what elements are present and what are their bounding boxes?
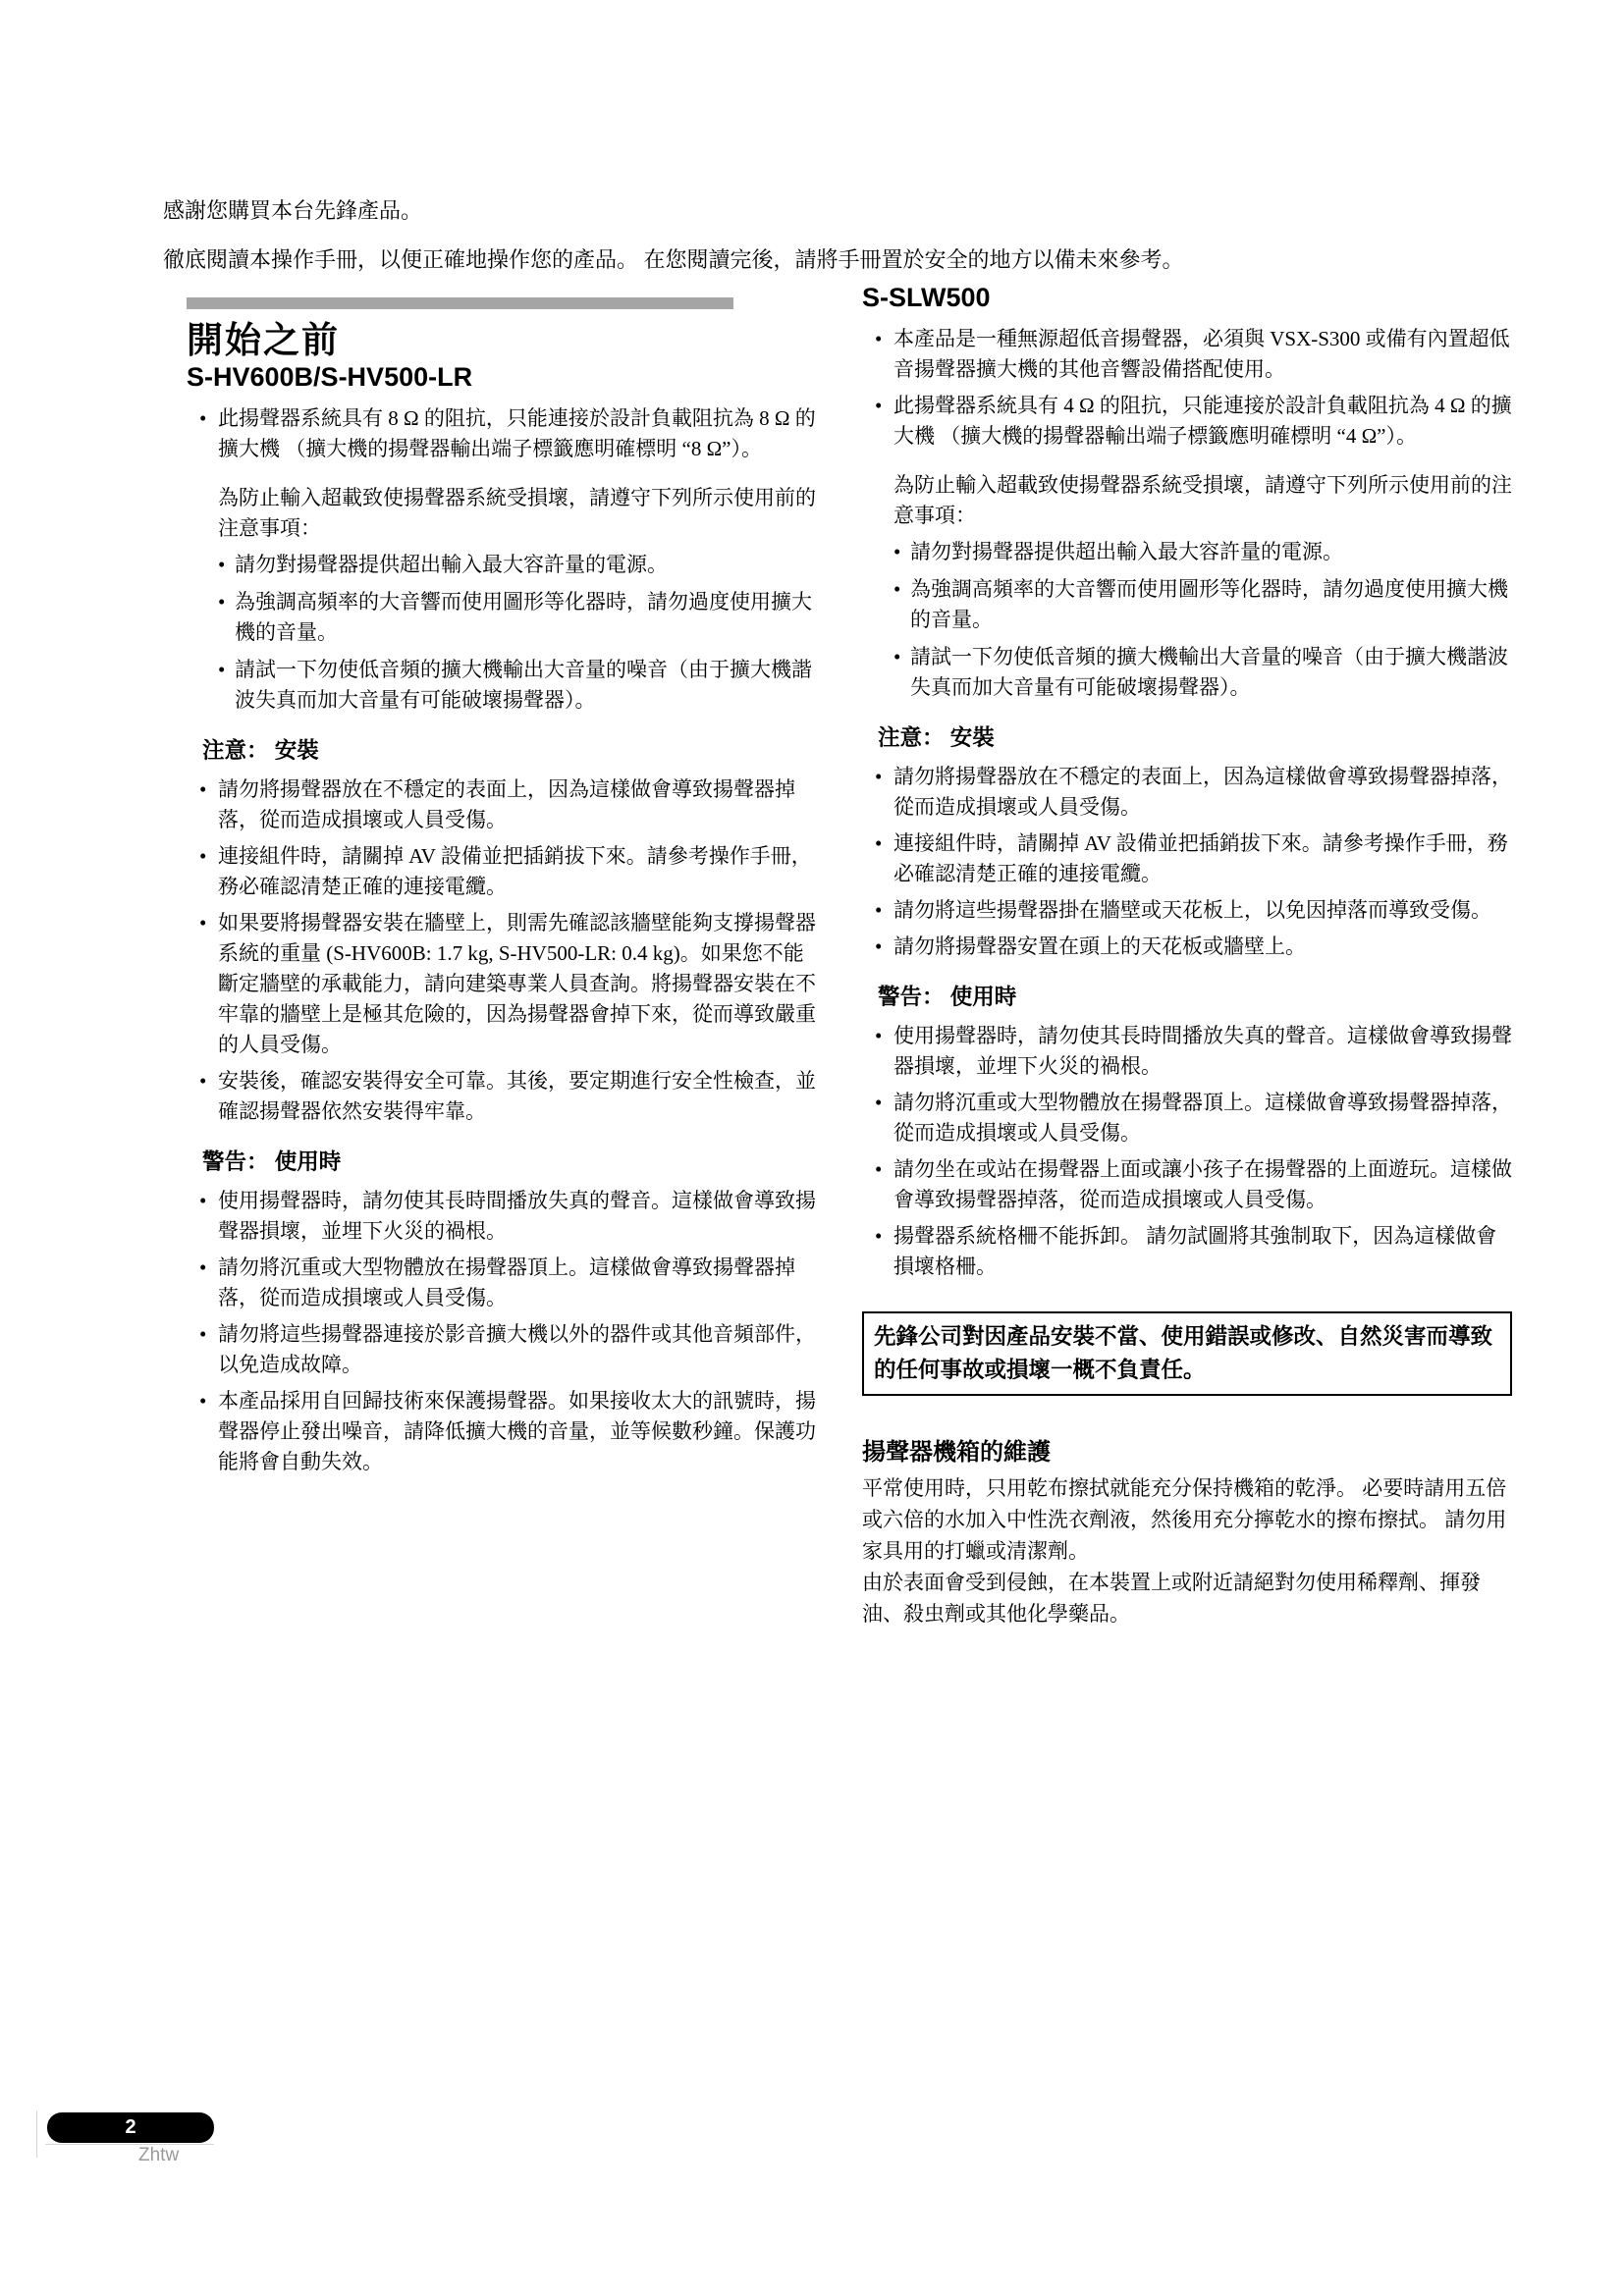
- model-heading: S-SLW500: [862, 283, 1512, 312]
- bullet-marker: •: [199, 908, 206, 938]
- bullet-text: 請勿對揚聲器提供超出輸入最大容許量的電源。: [910, 540, 1343, 563]
- disclaimer-box: 先鋒公司對因產品安裝不當、使用錯誤或修改、自然災害而導致的任何事故或損壞一概不負…: [862, 1311, 1512, 1396]
- bullet-text: 請勿將揚聲器放在不穩定的表面上，因為這樣做會導致揚聲器掉落，從而造成損壞或人員受…: [218, 777, 795, 831]
- bullet-text: 請勿將這些揚聲器連接於影音擴大機以外的器件或其他音頻部件，以免造成故障。: [218, 1322, 816, 1376]
- sub-bullet-item: •請勿對揚聲器提供超出輸入最大容許量的電源。: [893, 537, 1512, 567]
- bullet-list: •請勿將揚聲器放在不穩定的表面上，因為這樣做會導致揚聲器掉落，從而造成損壞或人員…: [187, 774, 820, 1127]
- bullet-text: 請勿對揚聲器提供超出輸入最大容許量的電源。: [235, 553, 668, 576]
- bullet-marker: •: [875, 828, 882, 859]
- bullet-text: 為強調高頻率的大音響而使用圖形等化器時，請勿過度使用擴大機的音量。: [910, 577, 1508, 631]
- bullet-marker: •: [893, 574, 900, 605]
- section-heading: 警告： 使用時: [202, 1150, 820, 1174]
- sub-bullet-item: •請試一下勿使低音頻的擴大機輸出大音量的噪音（由于擴大機諧波失真而加大音量有可能…: [893, 642, 1512, 703]
- sub-bullet-item: •請勿對揚聲器提供超出輸入最大容許量的電源。: [218, 550, 820, 580]
- bullet-item: •請勿將這些揚聲器掛在牆壁或天花板上，以免因掉落而導致受傷。: [862, 895, 1512, 926]
- intro-line: 感謝您購買本台先鋒產品。: [163, 187, 1538, 236]
- bullet-marker: •: [875, 391, 882, 421]
- bullet-text: 請試一下勿使低音頻的擴大機輸出大音量的噪音（由于擴大機諧波失真而加大音量有可能破…: [235, 658, 812, 712]
- bullet-marker: •: [199, 1253, 206, 1283]
- bullet-item: •此揚聲器系統具有 8 Ω 的阻抗，只能連接於設計負載阻抗為 8 Ω 的擴大機 …: [187, 403, 820, 464]
- bullet-list: •此揚聲器系統具有 8 Ω 的阻抗，只能連接於設計負載阻抗為 8 Ω 的擴大機 …: [187, 403, 820, 464]
- bullet-marker: •: [199, 1186, 206, 1216]
- bullet-marker: •: [893, 537, 900, 567]
- bullet-text: 請勿將揚聲器放在不穩定的表面上，因為這樣做會導致揚聲器掉落，從而造成損壞或人員受…: [893, 765, 1512, 819]
- bullet-item: •本產品採用自回歸技術來保護揚聲器。如果接收太大的訊號時，揚聲器停止發出噪音，請…: [187, 1386, 820, 1477]
- bullet-text: 請勿將沉重或大型物體放在揚聲器頂上。這樣做會導致揚聲器掉落，從而造成損壞或人員受…: [218, 1255, 795, 1309]
- paragraph: 平常使用時，只用乾布擦拭就能充分保持機箱的乾淨。 必要時請用五倍或六倍的水加入中…: [862, 1472, 1512, 1567]
- bullet-marker: •: [875, 1154, 882, 1185]
- bullet-marker: •: [875, 932, 882, 962]
- section-heading: 注意： 安裝: [202, 739, 820, 763]
- bullet-marker: •: [199, 1386, 206, 1416]
- bullet-marker: •: [199, 403, 206, 434]
- left-column-blocks: S-HV600B/S-HV500-LR•此揚聲器系統具有 8 Ω 的阻抗，只能連…: [187, 362, 820, 1477]
- bullet-marker: •: [218, 655, 225, 685]
- bullet-text: 請勿將揚聲器安置在頭上的天花板或牆壁上。: [893, 934, 1306, 958]
- bullet-item: •請勿將沉重或大型物體放在揚聲器頂上。這樣做會導致揚聲器掉落，從而造成損壞或人員…: [187, 1253, 820, 1313]
- bullet-text: 本產品採用自回歸技術來保護揚聲器。如果接收太大的訊號時，揚聲器停止發出噪音，請降…: [218, 1389, 816, 1473]
- page-title: 開始之前: [187, 319, 820, 362]
- intro-line: 徹底閱讀本操作手冊，以便正確地操作您的產品。 在您閱讀完後，請將手冊置於安全的地…: [163, 236, 1538, 285]
- bullet-text: 請勿將沉重或大型物體放在揚聲器頂上。這樣做會導致揚聲器掉落，從而造成損壞或人員受…: [893, 1091, 1512, 1145]
- bullet-list: •使用揚聲器時，請勿使其長時間播放失真的聲音。這樣做會導致揚聲器損壞，並埋下火災…: [862, 1021, 1512, 1282]
- section-heading: 注意： 安裝: [878, 726, 1512, 750]
- footer-divider-line: [45, 2144, 214, 2145]
- bullet-marker: •: [875, 895, 882, 926]
- bullet-text: 為強調高頻率的大音響而使用圖形等化器時，請勿過度使用擴大機的音量。: [235, 590, 812, 644]
- bullet-item: •請勿將沉重或大型物體放在揚聲器頂上。這樣做會導致揚聲器掉落，從而造成損壞或人員…: [862, 1088, 1512, 1148]
- bullet-marker: •: [875, 324, 882, 354]
- bullet-text: 連接組件時，請關掉 AV 設備並把插銷拔下來。請參考操作手冊，務必確認清楚正確的…: [893, 831, 1508, 885]
- bullet-text: 本產品是一種無源超低音揚聲器，必須與 VSX-S300 或備有內置超低音揚聲器擴…: [893, 327, 1510, 381]
- bullet-text: 此揚聲器系統具有 8 Ω 的阻抗，只能連接於設計負載阻抗為 8 Ω 的擴大機 （…: [218, 406, 816, 460]
- bullet-item: •連接組件時，請關掉 AV 設備並把插銷拔下來。請參考操作手冊，務必確認清楚正確…: [862, 828, 1512, 889]
- sub-bullet-list: •請勿對揚聲器提供超出輸入最大容許量的電源。•為強調高頻率的大音響而使用圖形等化…: [893, 537, 1512, 703]
- bullet-marker: •: [199, 774, 206, 805]
- bullet-item: •請勿將揚聲器安置在頭上的天花板或牆壁上。: [862, 932, 1512, 962]
- bullet-list: •請勿將揚聲器放在不穩定的表面上，因為這樣做會導致揚聲器掉落，從而造成損壞或人員…: [862, 762, 1512, 962]
- bullet-text: 此揚聲器系統具有 4 Ω 的阻抗，只能連接於設計負載阻抗為 4 Ω 的擴大機 （…: [893, 394, 1512, 448]
- bullet-marker: •: [893, 642, 900, 672]
- bullet-text: 如果要將揚聲器安裝在牆壁上，則需先確認該牆壁能夠支撐揚聲器系統的重量 (S-HV…: [218, 911, 816, 1056]
- sub-bullet-item: •為強調高頻率的大音響而使用圖形等化器時，請勿過度使用擴大機的音量。: [218, 587, 820, 648]
- bullet-text: 請勿將這些揚聲器掛在牆壁或天花板上，以免因掉落而導致受傷。: [893, 898, 1491, 922]
- bullet-item: •如果要將揚聲器安裝在牆壁上，則需先確認該牆壁能夠支撐揚聲器系統的重量 (S-H…: [187, 908, 820, 1060]
- language-label: Zhtw: [138, 2145, 179, 2166]
- indent-paragraph: 為防止輸入超載致使揚聲器系統受損壞，請遵守下列所示使用前的注意事項：: [893, 470, 1512, 531]
- bullet-item: •此揚聲器系統具有 4 Ω 的阻抗，只能連接於設計負載阻抗為 4 Ω 的擴大機 …: [862, 391, 1512, 452]
- section-heading: 警告： 使用時: [878, 986, 1512, 1009]
- bullet-marker: •: [199, 841, 206, 872]
- sub-bullet-item: •請試一下勿使低音頻的擴大機輸出大音量的噪音（由于擴大機諧波失真而加大音量有可能…: [218, 655, 820, 716]
- right-column: S-SLW500•本產品是一種無源超低音揚聲器，必須與 VSX-S300 或備有…: [862, 283, 1512, 1629]
- bullet-marker: •: [218, 550, 225, 580]
- intro-text: 感謝您購買本台先鋒產品。 徹底閱讀本操作手冊，以便正確地操作您的產品。 在您閱讀…: [163, 187, 1538, 285]
- left-column: 開始之前 S-HV600B/S-HV500-LR•此揚聲器系統具有 8 Ω 的阻…: [187, 297, 820, 1483]
- bullet-marker: •: [875, 1088, 882, 1118]
- bullet-item: •請勿將這些揚聲器連接於影音擴大機以外的器件或其他音頻部件，以免造成故障。: [187, 1319, 820, 1380]
- model-heading: S-HV600B/S-HV500-LR: [187, 362, 820, 392]
- bullet-item: •安裝後，確認安裝得安全可靠。其後，要定期進行安全性檢查，並確認揚聲器依然安裝得…: [187, 1066, 820, 1127]
- bullet-text: 請勿坐在或站在揚聲器上面或讓小孩子在揚聲器的上面遊玩。這樣做會導致揚聲器掉落，從…: [893, 1157, 1512, 1211]
- bullet-item: •請勿將揚聲器放在不穩定的表面上，因為這樣做會導致揚聲器掉落，從而造成損壞或人員…: [862, 762, 1512, 823]
- maintenance-heading: 揚聲器機箱的維護: [862, 1439, 1512, 1467]
- bullet-marker: •: [875, 762, 882, 792]
- bullet-text: 使用揚聲器時，請勿使其長時間播放失真的聲音。這樣做會導致揚聲器損壞，並埋下火災的…: [893, 1024, 1512, 1078]
- bullet-text: 連接組件時，請關掉 AV 設備並把插銷拔下來。請參考操作手冊，務必確認清楚正確的…: [218, 844, 812, 898]
- bullet-item: •使用揚聲器時，請勿使其長時間播放失真的聲音。這樣做會導致揚聲器損壞，並埋下火災…: [187, 1186, 820, 1247]
- bullet-item: •請勿坐在或站在揚聲器上面或讓小孩子在揚聲器的上面遊玩。這樣做會導致揚聲器掉落，…: [862, 1154, 1512, 1215]
- bullet-marker: •: [199, 1066, 206, 1096]
- bullet-marker: •: [199, 1319, 206, 1350]
- page-number-badge: 2: [47, 2112, 214, 2143]
- indent-paragraph: 為防止輸入超載致使揚聲器系統受損壞，請遵守下列所示使用前的注意事項：: [218, 483, 820, 544]
- bullet-item: •本產品是一種無源超低音揚聲器，必須與 VSX-S300 或備有內置超低音揚聲器…: [862, 324, 1512, 385]
- bullet-item: •請勿將揚聲器放在不穩定的表面上，因為這樣做會導致揚聲器掉落，從而造成損壞或人員…: [187, 774, 820, 835]
- bullet-marker: •: [218, 587, 225, 617]
- bullet-list: •使用揚聲器時，請勿使其長時間播放失真的聲音。這樣做會導致揚聲器損壞，並埋下火災…: [187, 1186, 820, 1477]
- bullet-item: •揚聲器系統格柵不能拆卸。 請勿試圖將其強制取下，因為這樣做會損壞格柵。: [862, 1221, 1512, 1282]
- bullet-text: 揚聲器系統格柵不能拆卸。 請勿試圖將其強制取下，因為這樣做會損壞格柵。: [893, 1224, 1496, 1278]
- bullet-item: •連接組件時，請關掉 AV 設備並把插銷拔下來。請參考操作手冊，務必確認清楚正確…: [187, 841, 820, 902]
- bullet-marker: •: [875, 1021, 882, 1051]
- bullet-marker: •: [875, 1221, 882, 1252]
- bullet-text: 請試一下勿使低音頻的擴大機輸出大音量的噪音（由于擴大機諧波失真而加大音量有可能破…: [910, 645, 1508, 699]
- bullet-list: •本產品是一種無源超低音揚聲器，必須與 VSX-S300 或備有內置超低音揚聲器…: [862, 324, 1512, 452]
- footer-margin-mark: [36, 2110, 37, 2158]
- bullet-item: •使用揚聲器時，請勿使其長時間播放失真的聲音。這樣做會導致揚聲器損壞，並埋下火災…: [862, 1021, 1512, 1082]
- bullet-text: 安裝後，確認安裝得安全可靠。其後，要定期進行安全性檢查，並確認揚聲器依然安裝得牢…: [218, 1069, 816, 1123]
- sub-bullet-item: •為強調高頻率的大音響而使用圖形等化器時，請勿過度使用擴大機的音量。: [893, 574, 1512, 635]
- paragraph: 由於表面會受到侵蝕，在本裝置上或附近請絕對勿使用稀釋劑、揮發油、殺虫劑或其他化學…: [862, 1567, 1512, 1629]
- sub-bullet-list: •請勿對揚聲器提供超出輸入最大容許量的電源。•為強調高頻率的大音響而使用圖形等化…: [218, 550, 820, 716]
- right-column-blocks: S-SLW500•本產品是一種無源超低音揚聲器，必須與 VSX-S300 或備有…: [862, 283, 1512, 1629]
- title-bar: [187, 297, 733, 309]
- bullet-text: 使用揚聲器時，請勿使其長時間播放失真的聲音。這樣做會導致揚聲器損壞，並埋下火災的…: [218, 1189, 816, 1243]
